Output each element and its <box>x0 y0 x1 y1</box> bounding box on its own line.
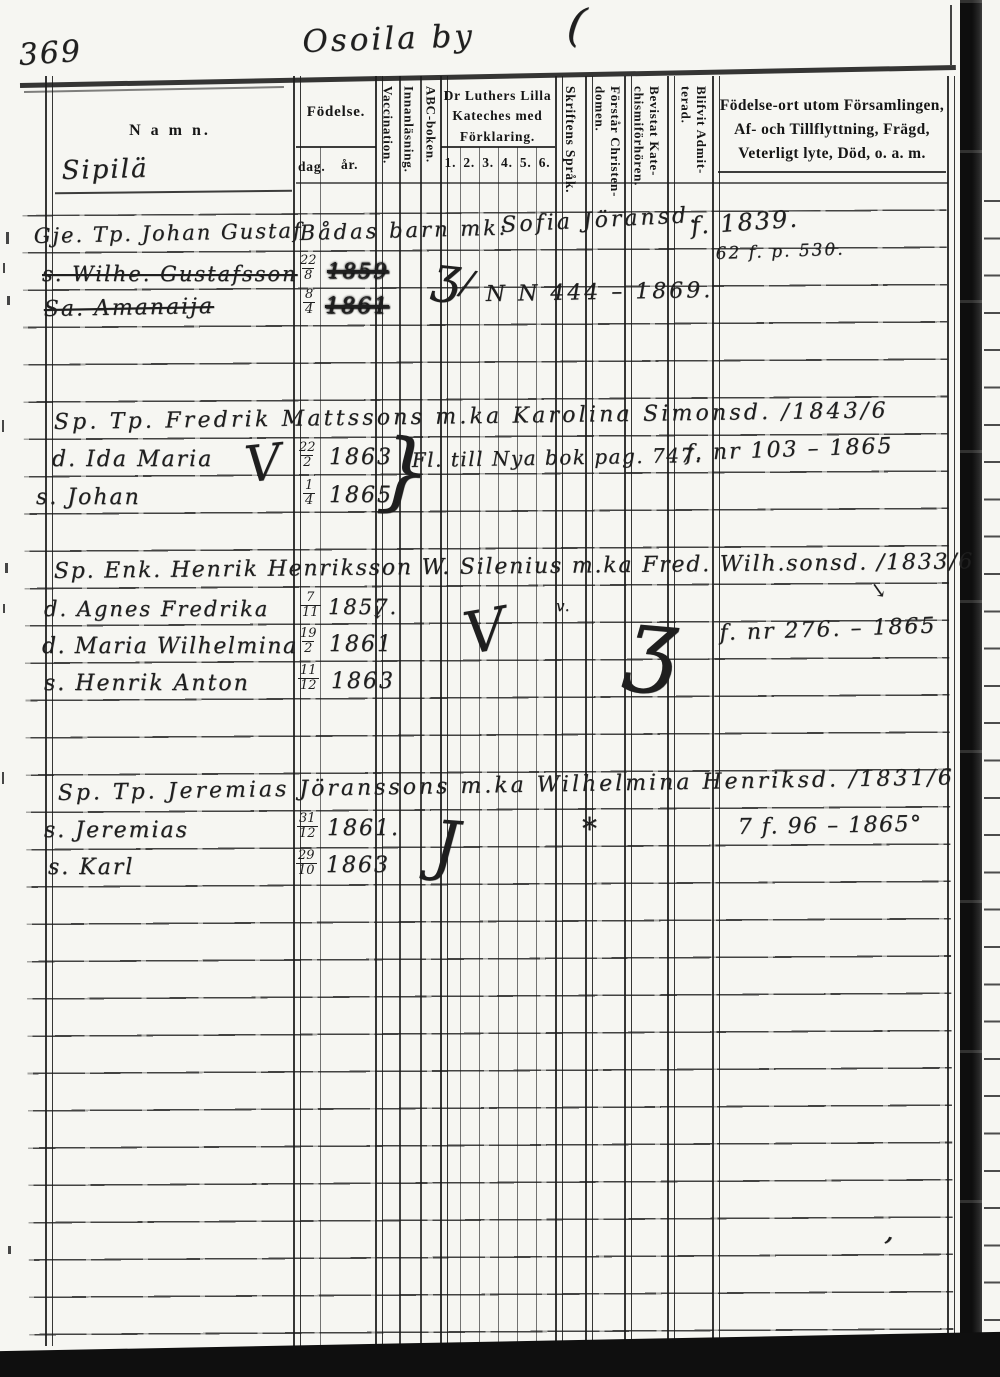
ink-speck <box>5 563 8 573</box>
frac-bottom: 4 <box>303 302 315 317</box>
frac-top: 11 <box>300 664 317 678</box>
entry-family4-child1-birth-day: 3112 <box>297 812 318 840</box>
kateches-number-1: 1. <box>445 155 457 171</box>
column-line-vaccination-right <box>399 76 401 1346</box>
frac-top: 31 <box>299 812 316 826</box>
ink-speck <box>7 296 10 305</box>
kateches-numbers-row: 1. 2. 3. 4. 5. 6. <box>441 155 554 171</box>
entry-family1-child1-name: s. Wilhe. Gustafsson <box>42 262 298 286</box>
kateches-divider-3 <box>498 147 499 1346</box>
stray-ink-mark: ( <box>564 0 591 53</box>
kateches-number-6: 6. <box>539 155 551 171</box>
kateches-number-2: 2. <box>463 155 475 171</box>
frac-top: 8 <box>305 288 313 302</box>
kateches-divider-1 <box>460 147 461 1346</box>
entry-family2-child1-name: d. Ida Maria <box>52 447 213 472</box>
entry-family2-child2-birth-year: 1865. <box>329 483 402 508</box>
frac-top: 22 <box>300 254 317 268</box>
ink-arrow-down: ↓ <box>370 603 386 623</box>
facing-page-line-stubs <box>984 200 1000 1340</box>
book-gutter-texture <box>960 0 982 1345</box>
entry-family3-child2-birth-year: 1861 <box>329 632 393 657</box>
ink-star: * <box>582 812 599 847</box>
column-header-remarks-line2: Af- och Tillflyttning, Frägd, <box>716 121 948 139</box>
ink-flourish: V <box>242 432 286 494</box>
entry-family3-child3-name: s. Henrik Anton <box>44 671 250 696</box>
entry-family2-child2-name: s. Johan <box>36 485 141 510</box>
frac-top: 29 <box>298 849 315 863</box>
top-rule <box>20 65 956 87</box>
entry-family3-child3-birth-year: 1863 <box>331 669 395 694</box>
frac-top: 7 <box>306 591 314 605</box>
entry-family4-child2-birth-year: 1863 <box>326 853 390 878</box>
page-title: Osoila by <box>302 18 476 60</box>
frac-top: 22 <box>299 441 316 455</box>
entry-family1-child2-note: N N 444 – 1869. <box>486 278 714 307</box>
kateches-divider-2 <box>479 147 480 1346</box>
kateches-divider-5 <box>536 147 537 1346</box>
entry-family1-child2-birth-year: 1861 <box>325 294 389 319</box>
entry-family2-child2-birth-day: 14 <box>303 479 315 507</box>
column-line-blifvit-right <box>712 76 720 1346</box>
forstar-line-2: domen. <box>592 86 608 226</box>
column-line-skriftens-right <box>585 76 593 1346</box>
frac-top: 1 <box>305 479 313 493</box>
kateches-line-1: Dr Luthers Lilla <box>441 86 554 106</box>
frac-top: 19 <box>300 627 317 641</box>
kateches-divider-4 <box>517 147 518 1346</box>
column-line-forstar-right <box>624 76 632 1346</box>
ink-flourish: J <box>430 806 464 885</box>
frac-bottom: 11 <box>300 605 321 620</box>
kateches-number-3: 3. <box>482 155 494 171</box>
kateches-line-3: Förklaring. <box>441 127 554 147</box>
column-header-forstar-christendomen: Förstår Christen- domen. <box>592 86 623 226</box>
frac-bottom: 4 <box>303 493 315 508</box>
rule-under-fodelse <box>296 146 376 148</box>
entry-family4-child1-name: s. Jeremias <box>44 818 189 843</box>
entry-family4-child2-name: s. Karl <box>48 855 134 880</box>
entry-family1-child1-birth-year: 1859 <box>327 259 388 283</box>
ink-speck <box>3 263 5 273</box>
column-header-vaccination: Vaccination. <box>380 86 396 216</box>
column-header-remarks-line1: Födelse-ort utom Församlingen, <box>716 97 948 115</box>
frac-bottom: 12 <box>297 826 318 841</box>
kateches-number-5: 5. <box>520 155 532 171</box>
blifvit-line-2: terad. <box>678 86 694 221</box>
entry-family1-child2-birth-day: 84 <box>303 288 315 316</box>
column-line-bevistat-right <box>667 76 675 1346</box>
top-rule-secondary <box>24 86 284 92</box>
entry-family4-child1-note: 7 f. 96 – 1865° <box>738 812 923 840</box>
ink-speck <box>6 232 9 244</box>
column-line-kateches-right <box>555 76 563 1346</box>
entry-family3-child2-birth-day: 192 <box>300 627 317 655</box>
entry-family1-child2-name: Sa. Amanaija <box>44 294 215 322</box>
page-number: 369 <box>18 34 84 73</box>
kateches-line-2: Kateches med <box>441 106 554 126</box>
column-header-dag: dag. <box>298 159 326 175</box>
frac-bottom: 12 <box>298 678 319 693</box>
frac-bottom: 2 <box>301 455 313 470</box>
entry-family3-child1-name: d. Agnes Fredrika <box>44 597 269 621</box>
column-header-kateches: Dr Luthers Lilla Kateches med Förklaring… <box>441 86 554 147</box>
entry-family4-child2-birth-day: 2910 <box>296 849 317 877</box>
district-name: Sipilä <box>61 154 149 186</box>
frac-bottom: 2 <box>302 641 314 656</box>
column-line-innanlasning-right <box>420 76 422 1346</box>
entry-family2-child1-note: Fl. till Nya bok pag. 747. <box>412 443 703 472</box>
entry-family3-child1-birth-year: 1857. <box>328 595 398 619</box>
scanned-ledger-page: 369 Osoila by ( N a m n. Födelse. dag. å… <box>0 0 1000 1377</box>
column-header-fodelse: Födelse. <box>296 104 376 121</box>
column-header-namn: N a m n. <box>105 122 235 140</box>
column-header-innanlasning: Innanläsning. <box>401 86 417 216</box>
column-header-ar: år. <box>341 157 358 173</box>
ink-brace: ʒ <box>622 586 685 697</box>
ink-speck <box>3 604 5 613</box>
entry-family1-child1-birth-day: 228 <box>300 254 317 282</box>
entry-family3-child1-note: v. <box>556 597 571 615</box>
column-header-remarks-line3: Veterligt lyte, Död, o. a. m. <box>716 145 948 163</box>
entry-family3-child2-name: d. Maria Wilhelmina <box>42 634 298 659</box>
ink-speck <box>8 1246 11 1254</box>
entry-family4-child1-birth-year: 1861. <box>327 816 400 841</box>
blifvit-line-1: Blifvit Admit- <box>694 86 710 221</box>
entry-family3-child1-birth-day: 711 <box>300 591 321 619</box>
column-line-dag-ar <box>320 147 321 1346</box>
frac-bottom: 8 <box>302 268 314 283</box>
entry-family2-child1-birth-day: 222 <box>299 441 316 469</box>
ink-speck <box>2 772 4 784</box>
column-header-skriftens-sprak: Skriftens Språk. <box>562 86 578 226</box>
top-right-edge-line <box>950 5 952 65</box>
kateches-number-4: 4. <box>501 155 513 171</box>
district-underline <box>55 190 292 194</box>
entry-family3-child3-birth-day: 1112 <box>298 664 319 692</box>
ink-speck <box>2 420 4 432</box>
frac-bottom: 10 <box>296 863 317 878</box>
column-line-right-edge <box>947 76 955 1346</box>
forstar-line-1: Förstår Christen- <box>608 86 624 226</box>
column-header-blifvit-admitterad: Blifvit Admit- terad. <box>678 86 709 221</box>
column-header-abc-boken: ABC-boken. <box>423 86 439 216</box>
rule-under-remarks <box>718 171 946 173</box>
